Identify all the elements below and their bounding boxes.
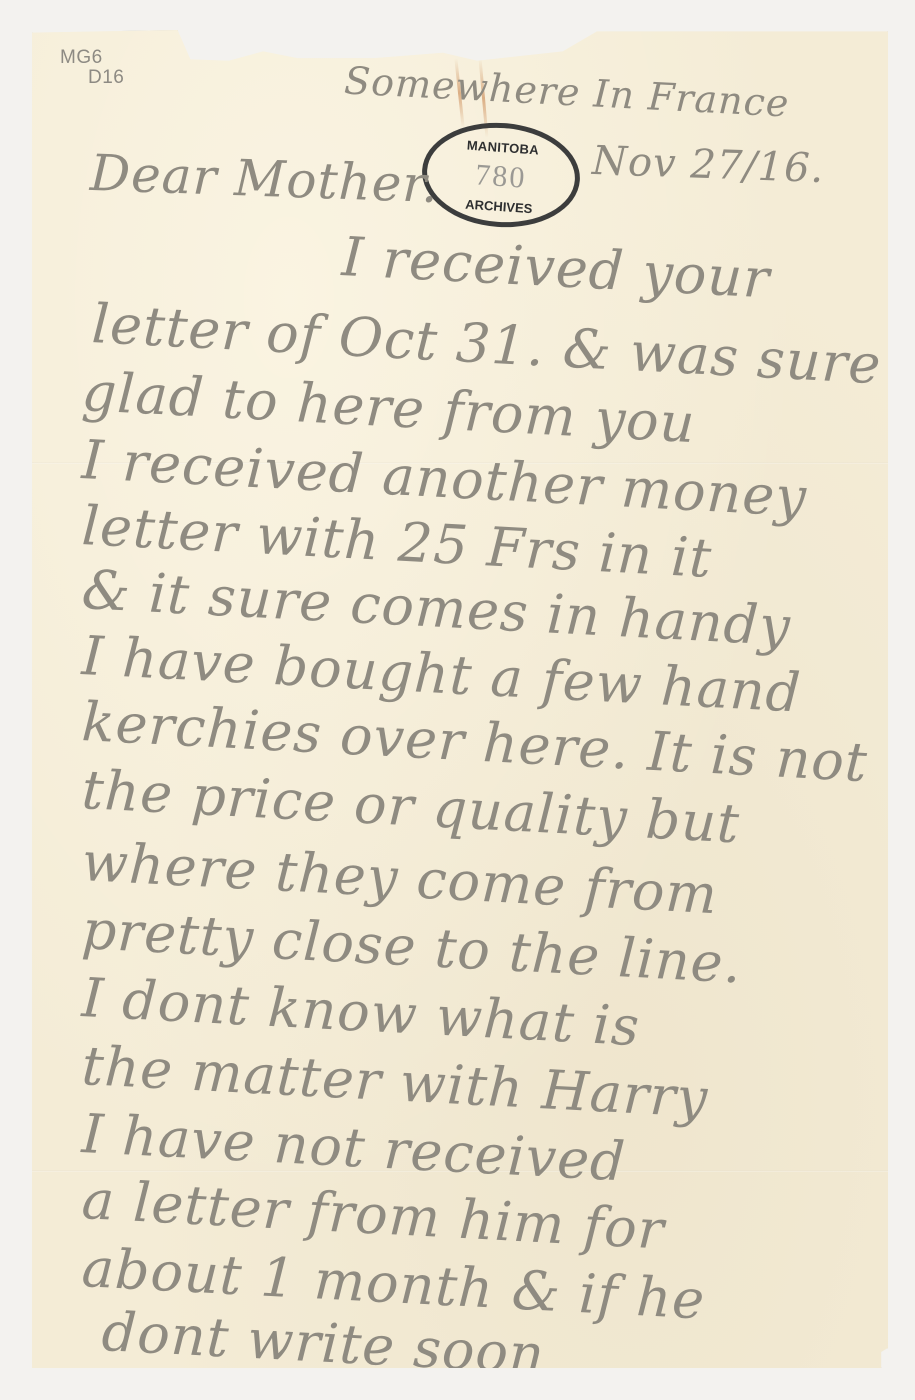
scan-stage: MG6 D16 Somewhere In France MANITOBA 780…	[0, 0, 915, 1400]
archive-ref-line1: MG6	[60, 48, 124, 68]
archive-ref-line2: D16	[60, 68, 124, 88]
letter-paper: MG6 D16 Somewhere In France MANITOBA 780…	[32, 30, 888, 1368]
stamp-number: 780	[426, 155, 576, 199]
archive-reference: MG6 D16	[60, 48, 124, 88]
letter-date: Nov 27/16.	[591, 138, 825, 192]
letter-place: Somewhere In France	[343, 58, 790, 125]
letter-salutation: Dear Mother.	[89, 144, 440, 214]
archives-stamp: MANITOBA 780 ARCHIVES	[419, 118, 584, 233]
body-line: I received your	[340, 225, 771, 310]
